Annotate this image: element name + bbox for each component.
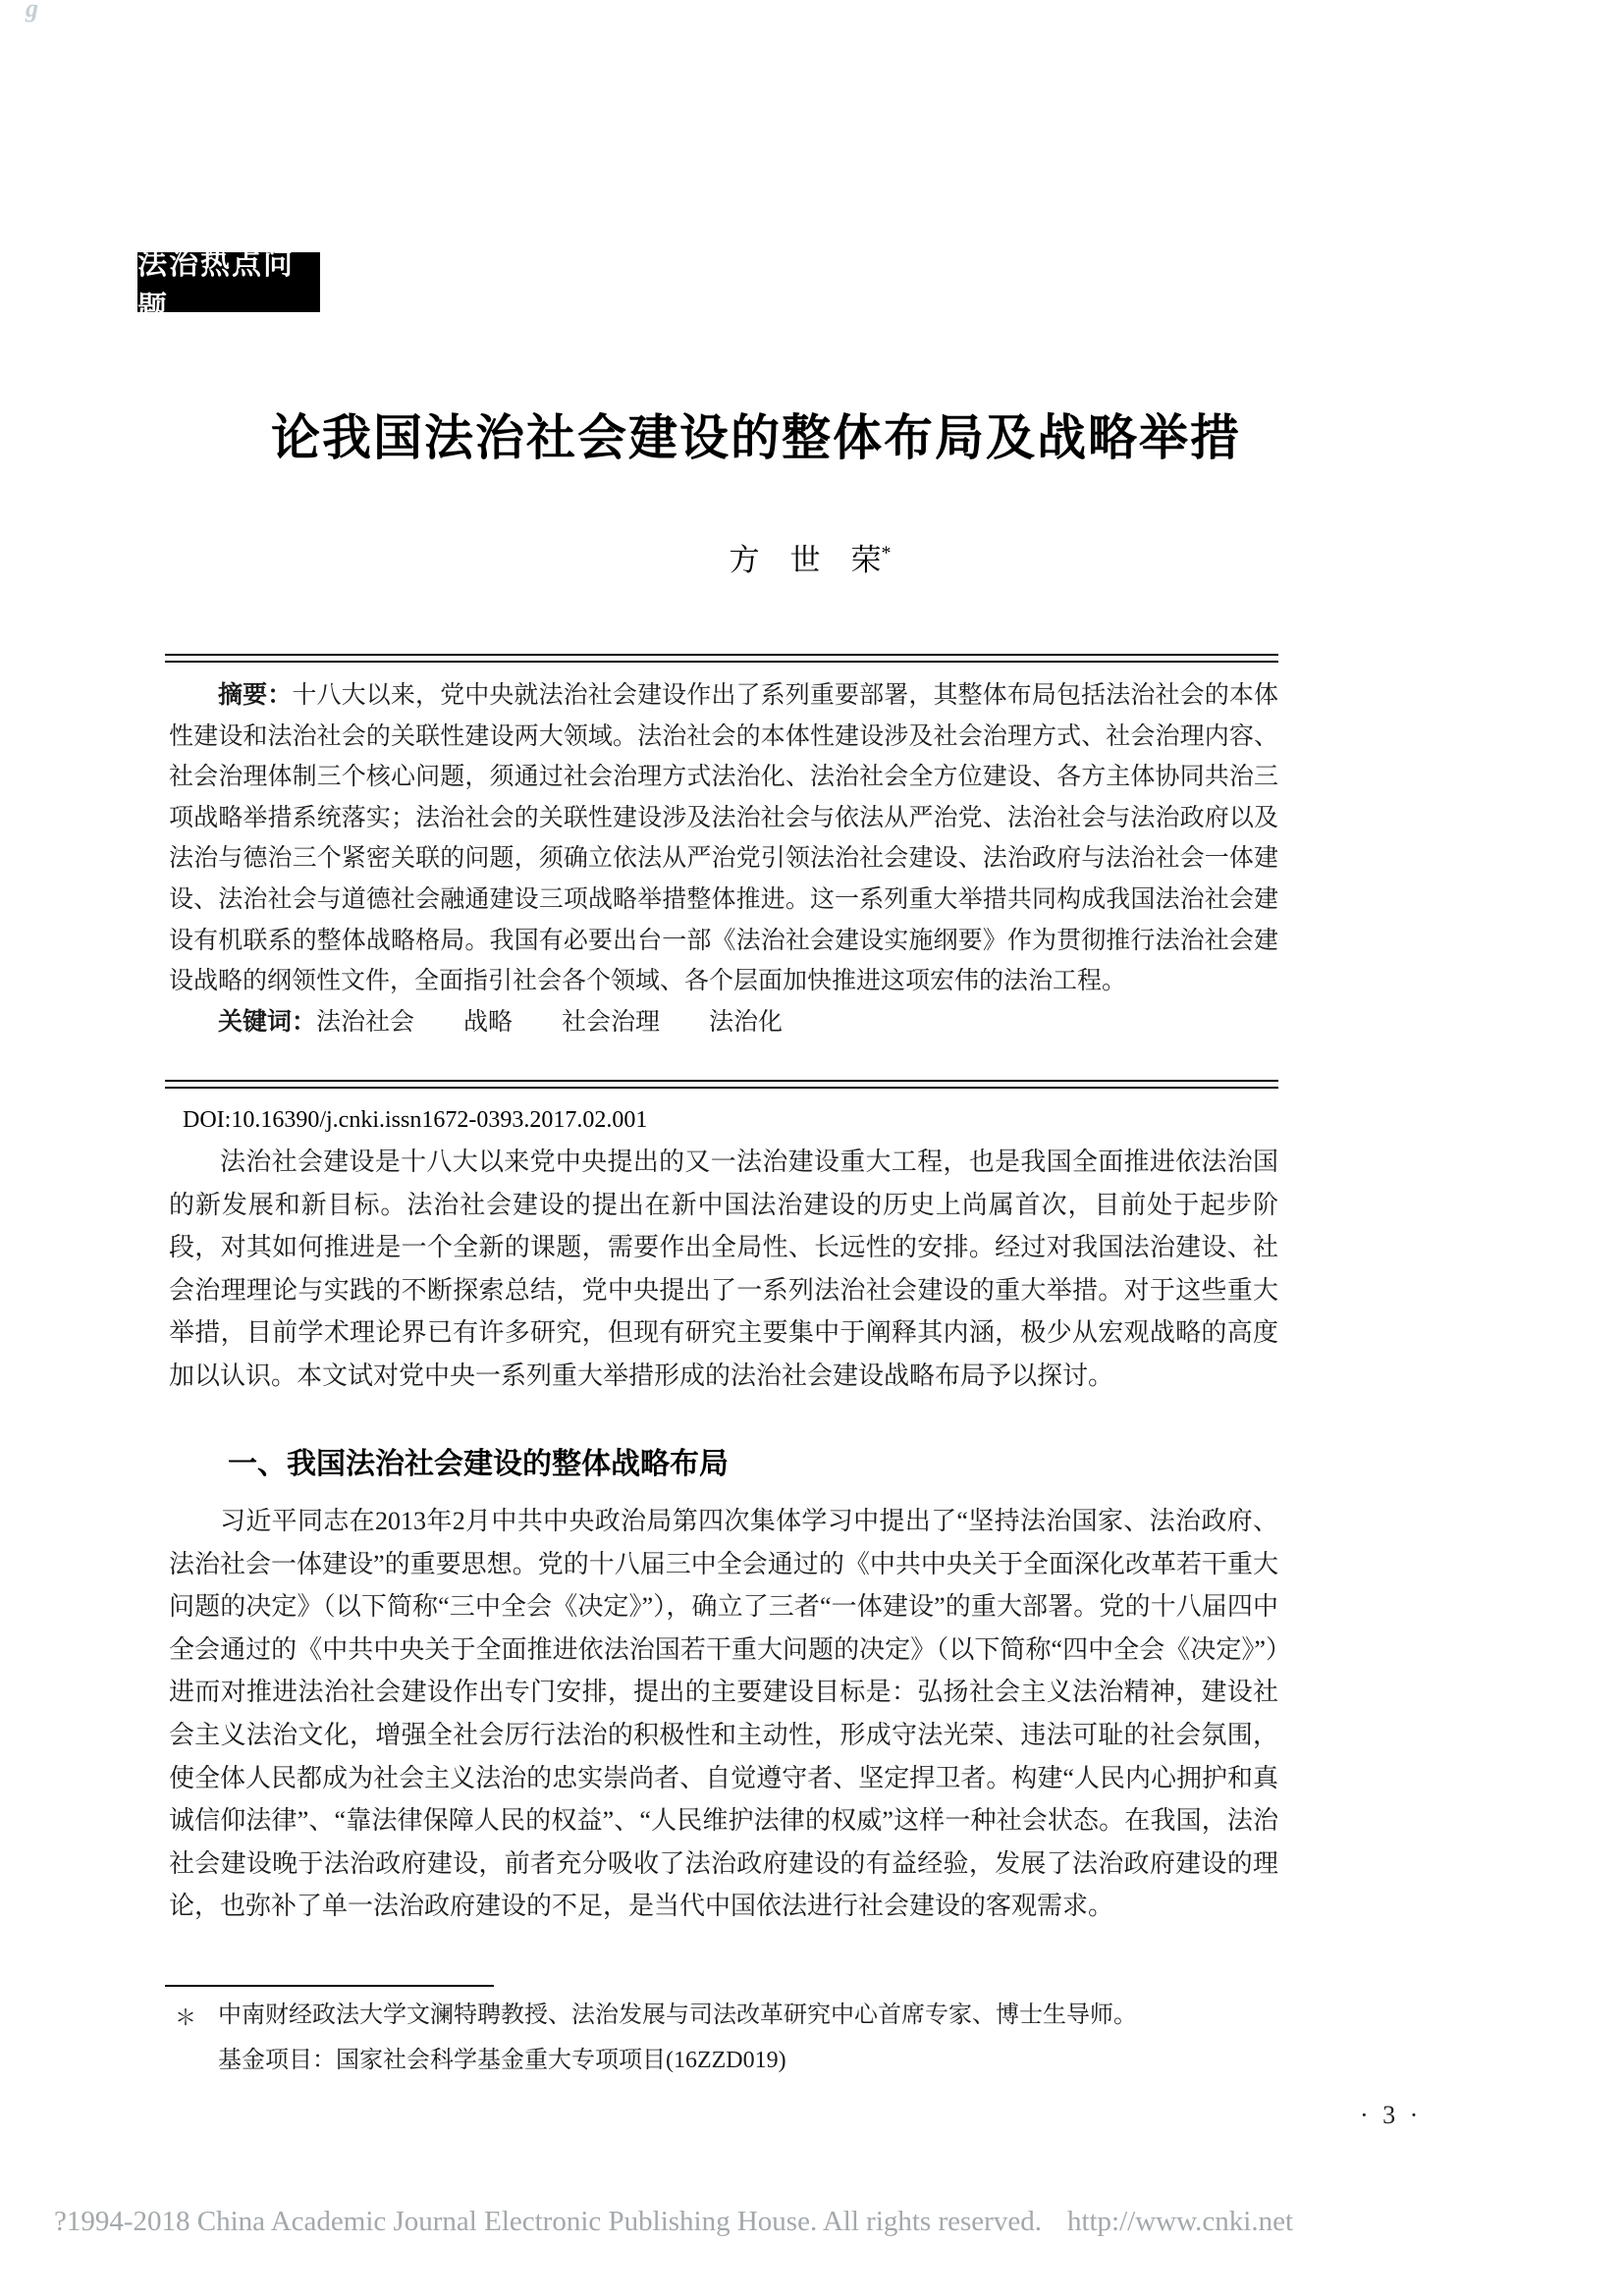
section-heading: 一、我国法治社会建设的整体战略布局	[169, 1439, 1278, 1482]
body-paragraph-2: 习近平同志在2013年2月中共中央政治局第四次集体学习中提出了“坚持法治国家、法…	[169, 1500, 1278, 1928]
author-line: 方 世 荣*	[255, 535, 1365, 579]
footnote-block: ＊ 中南财经政法大学文澜特聘教授、法治发展与司法改革研究中心首席专家、博士生导师…	[175, 1995, 1157, 2085]
keywords-label: 关键词：	[218, 1008, 316, 1036]
category-label: 法治热点问题	[137, 240, 320, 326]
footnote-affiliation: 中南财经政法大学文澜特聘教授、法治发展与司法改革研究中心首席专家、博士生导师。	[218, 1995, 1157, 2036]
author-name: 方 世 荣	[730, 543, 882, 577]
scanned-paper-page: g 法治热点问题 论我国法治社会建设的整体布局及战略举措 方 世 荣* 摘要：十…	[0, 0, 1624, 2296]
keywords-text: 法治社会 战略 社会治理 法治化	[316, 1009, 783, 1036]
footer-copyright: ?1994-2018 China Academic Journal Electr…	[54, 2206, 1042, 2237]
abstract-bottom-rule	[165, 1080, 1278, 1089]
footnote-mark: ＊	[175, 1998, 196, 2039]
footnote-separator-rule	[165, 1985, 494, 1987]
scan-corner-artifact: g	[26, 0, 38, 24]
abstract-top-rule	[165, 654, 1278, 663]
keywords-line: 关键词：法治社会 战略 社会治理 法治化	[169, 1002, 1278, 1043]
author-note-mark: *	[882, 543, 892, 564]
abstract-paragraph: 摘要：十八大以来，党中央就法治社会建设作出了系列重要部署，其整体布局包括法治社会…	[169, 675, 1278, 1002]
doi-line: DOI:10.16390/j.cnki.issn1672-0393.2017.0…	[183, 1107, 647, 1134]
abstract-block: 摘要：十八大以来，党中央就法治社会建设作出了系列重要部署，其整体布局包括法治社会…	[169, 675, 1278, 1042]
body-paragraph-1: 法治社会建设是十八大以来党中央提出的又一法治建设重大工程，也是我国全面推进依法治…	[169, 1141, 1278, 1398]
category-label-box: 法治热点问题	[137, 252, 320, 312]
footer-url: http://www.cnki.net	[1067, 2206, 1293, 2237]
page-number: · 3 ·	[1360, 2101, 1422, 2130]
article-title: 论我国法治社会建设的整体布局及战略举措	[201, 399, 1311, 469]
footnote-funding: 基金项目：国家社会科学基金重大专项项目(16ZZD019)	[218, 2040, 1157, 2081]
abstract-label: 摘要：	[218, 681, 292, 709]
footer-watermark: ?1994-2018 China Academic Journal Electr…	[54, 2206, 1586, 2238]
abstract-text: 十八大以来，党中央就法治社会建设作出了系列重要部署，其整体布局包括法治社会的本体…	[169, 682, 1278, 994]
